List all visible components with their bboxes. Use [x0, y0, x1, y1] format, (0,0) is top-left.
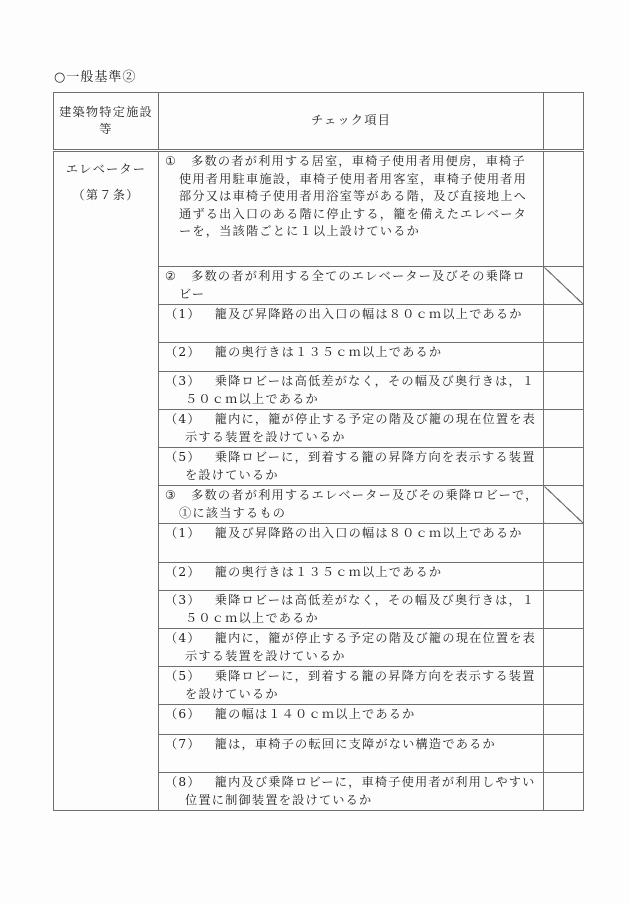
item-text: 籠内に，籠が停止する予定の階及び籠の現在位置を表示する装置を設けているか [185, 412, 536, 444]
sub-check-item: （1）籠及び昇降路の出入口の幅は８０ｃｍ以上であるか [159, 524, 544, 563]
sub-check-item: （4）籠内に，籠が停止する予定の階及び籠の現在位置を表示する装置を設けているか [159, 410, 544, 448]
item-text: 乗降ロビーに，到着する籠の昇降方向を表示する装置を設けているか [185, 669, 536, 701]
item-number: （5） [165, 669, 201, 683]
item-text: 乗降ロビーは高低差がなく，その幅及び奥行きは，１５０ｃｍ以上であるか [185, 593, 535, 625]
sub-check-item: （4）籠内に，籠が停止する予定の階及び籠の現在位置を表示する装置を設けているか [159, 629, 544, 667]
item-number: （4） [165, 631, 201, 645]
sub-check-item: （7）籠は，車椅子の転回に支障がない構造であるか [159, 735, 544, 773]
item-text: 籠の奥行きは１３５ｃｍ以上であるか [215, 565, 443, 579]
item-number: （4） [165, 412, 201, 426]
check-cell[interactable] [544, 735, 584, 773]
item-number: （3） [165, 374, 201, 388]
check-cell[interactable] [544, 705, 584, 735]
item-text: 籠は，車椅子の転回に支障がない構造であるか [215, 737, 496, 751]
checklist-body: エレベーター（第７条）①多数の者が利用する居室，車椅子使用者用便房，車椅子使用者… [54, 151, 584, 811]
item-number: ② [165, 269, 177, 283]
facility-name: エレベーター [54, 156, 158, 182]
item-text: 籠の幅は１４０ｃｍ以上であるか [215, 707, 416, 721]
check-cell[interactable] [544, 629, 584, 667]
item-number: （6） [165, 707, 201, 721]
sub-check-item: （8）籠内及び乗降ロビーに，車椅子使用者が利用しやすい位置に制御装置を設けている… [159, 773, 544, 811]
item-number: ① [165, 154, 177, 168]
sub-check-item: （5）乗降ロビーに，到着する籠の昇降方向を表示する装置を設けているか [159, 448, 544, 486]
item-number: ③ [165, 488, 177, 502]
item-text: 籠及び昇降路の出入口の幅は８０ｃｍ以上であるか [215, 526, 523, 540]
check-cell[interactable] [544, 448, 584, 486]
check-cell-not-applicable [544, 486, 584, 524]
item-text: 乗降ロビーに，到着する籠の昇降方向を表示する装置を設けているか [185, 450, 536, 482]
header-check-item: チェック項目 [159, 93, 544, 151]
item-text: 籠及び昇降路の出入口の幅は８０ｃｍ以上であるか [215, 307, 523, 321]
header-result [544, 93, 584, 151]
item-number: （2） [165, 565, 201, 579]
check-cell[interactable] [544, 343, 584, 372]
main-check-item: ①多数の者が利用する居室，車椅子使用者用便房，車椅子使用者用駐車施設，車椅子使用… [159, 151, 544, 267]
check-cell[interactable] [544, 410, 584, 448]
check-cell[interactable] [544, 563, 584, 591]
sub-check-item: （1）籠及び昇降路の出入口の幅は８０ｃｍ以上であるか [159, 305, 544, 343]
check-cell[interactable] [544, 591, 584, 629]
item-number: （8） [165, 775, 201, 789]
check-cell[interactable] [544, 305, 584, 343]
sub-check-item: （2）籠の奥行きは１３５ｃｍ以上であるか [159, 343, 544, 372]
item-text: 多数の者が利用する全てのエレベーター及びその乗降ロビー [179, 269, 526, 301]
sub-check-item: （6）籠の幅は１４０ｃｍ以上であるか [159, 705, 544, 735]
check-cell[interactable] [544, 667, 584, 705]
item-number: （1） [165, 526, 201, 540]
section-heading: ○一般基準② [54, 66, 136, 85]
item-text: 多数の者が利用するエレベーター及びその乗降ロビーで，①に該当するもの [179, 488, 538, 520]
sub-check-item: （3）乗降ロビーは高低差がなく，その幅及び奥行きは，１５０ｃｍ以上であるか [159, 372, 544, 410]
checklist-table: 建築物特定施設等 チェック項目 エレベーター（第７条）①多数の者が利用する居室，… [53, 92, 584, 811]
check-cell[interactable] [544, 524, 584, 563]
sub-check-item: （5）乗降ロビーに，到着する籠の昇降方向を表示する装置を設けているか [159, 667, 544, 705]
item-text: 乗降ロビーは高低差がなく，その幅及び奥行きは，１５０ｃｍ以上であるか [185, 374, 535, 406]
main-check-item: ③多数の者が利用するエレベーター及びその乗降ロビーで，①に該当するもの [159, 486, 544, 524]
sub-check-item: （3）乗降ロビーは高低差がなく，その幅及び奥行きは，１５０ｃｍ以上であるか [159, 591, 544, 629]
check-cell-not-applicable [544, 267, 584, 305]
main-check-item: ②多数の者が利用する全てのエレベーター及びその乗降ロビー [159, 267, 544, 305]
header-facility: 建築物特定施設等 [54, 93, 159, 151]
check-cell[interactable] [544, 151, 584, 267]
check-cell[interactable] [544, 372, 584, 410]
item-number: （1） [165, 307, 201, 321]
item-text: 多数の者が利用する居室，車椅子使用者用便房，車椅子使用者用駐車施設，車椅子使用者… [179, 154, 527, 238]
item-number: （7） [165, 737, 201, 751]
table-header-row: 建築物特定施設等 チェック項目 [54, 93, 584, 151]
check-cell[interactable] [544, 773, 584, 811]
item-number: （5） [165, 450, 201, 464]
item-text: 籠の奥行きは１３５ｃｍ以上であるか [215, 345, 443, 359]
facility-article: （第７条） [54, 182, 158, 208]
item-number: （3） [165, 593, 201, 607]
item-text: 籠内及び乗降ロビーに，車椅子使用者が利用しやすい位置に制御装置を設けているか [185, 775, 536, 807]
item-text: 籠内に，籠が停止する予定の階及び籠の現在位置を表示する装置を設けているか [185, 631, 536, 663]
sub-check-item: （2）籠の奥行きは１３５ｃｍ以上であるか [159, 563, 544, 591]
item-number: （2） [165, 345, 201, 359]
table-row: エレベーター（第７条）①多数の者が利用する居室，車椅子使用者用便房，車椅子使用者… [54, 151, 584, 267]
facility-cell: エレベーター（第７条） [54, 151, 159, 811]
